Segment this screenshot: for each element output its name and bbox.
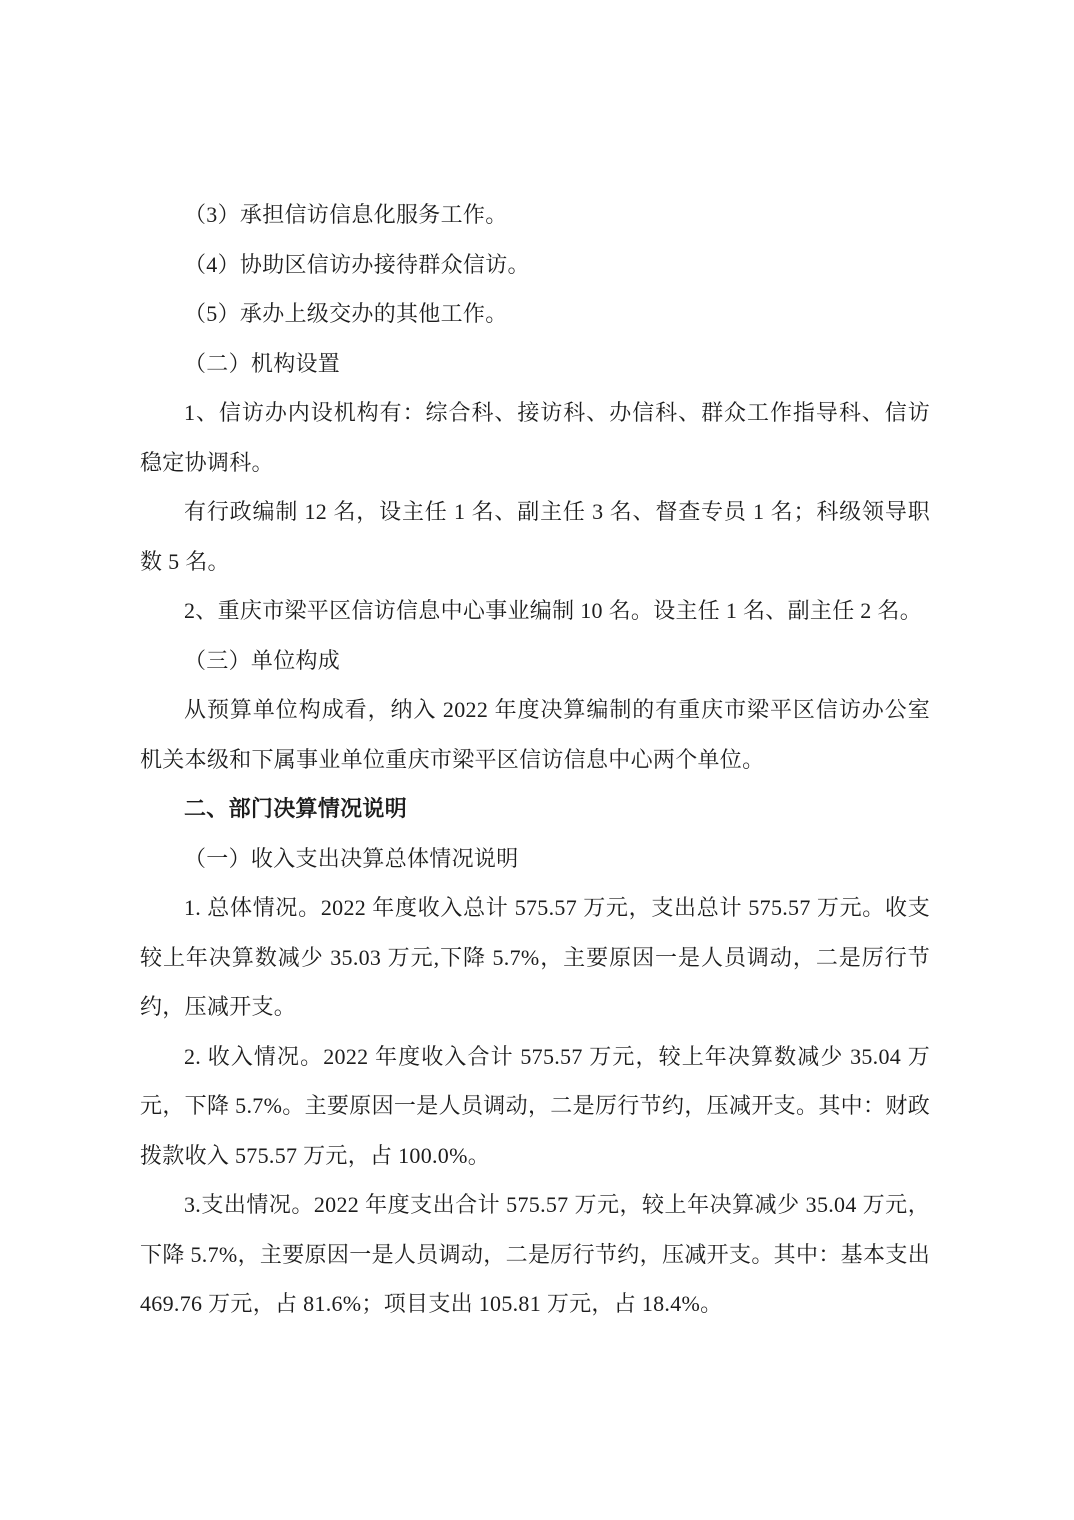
paragraph-admin-staffing: 有行政编制 12 名，设主任 1 名、副主任 3 名、督查专员 1 名；科级领导… (140, 487, 930, 586)
document-page: （3）承担信访信息化服务工作。 （4）协助区信访办接待群众信访。 （5）承办上级… (0, 0, 1074, 1520)
paragraph-duty-5: （5）承办上级交办的其他工作。 (140, 289, 930, 339)
paragraph-duty-4: （4）协助区信访办接待群众信访。 (140, 240, 930, 290)
paragraph-income-situation: 2. 收入情况。2022 年度收入合计 575.57 万元，较上年决算数减少 3… (140, 1032, 930, 1181)
paragraph-overall-situation: 1. 总体情况。2022 年度收入总计 575.57 万元，支出总计 575.5… (140, 883, 930, 1032)
section-heading-unit-comp: （三）单位构成 (140, 636, 930, 686)
paragraph-expense-situation: 3.支出情况。2022 年度支出合计 575.57 万元，较上年决算减少 35.… (140, 1180, 930, 1329)
paragraph-info-center-staff: 2、重庆市梁平区信访信息中心事业编制 10 名。设主任 1 名、副主任 2 名。 (140, 586, 930, 636)
paragraph-internal-depts: 1、信访办内设机构有：综合科、接访科、办信科、群众工作指导科、信访稳定协调科。 (140, 388, 930, 487)
paragraph-budget-units: 从预算单位构成看，纳入 2022 年度决算编制的有重庆市梁平区信访办公室机关本级… (140, 685, 930, 784)
section-heading-final-accounts: 二、部门决算情况说明 (140, 784, 930, 834)
section-heading-org-setup: （二）机构设置 (140, 339, 930, 389)
section-heading-overview: （一）收入支出决算总体情况说明 (140, 834, 930, 884)
paragraph-duty-3: （3）承担信访信息化服务工作。 (140, 190, 930, 240)
